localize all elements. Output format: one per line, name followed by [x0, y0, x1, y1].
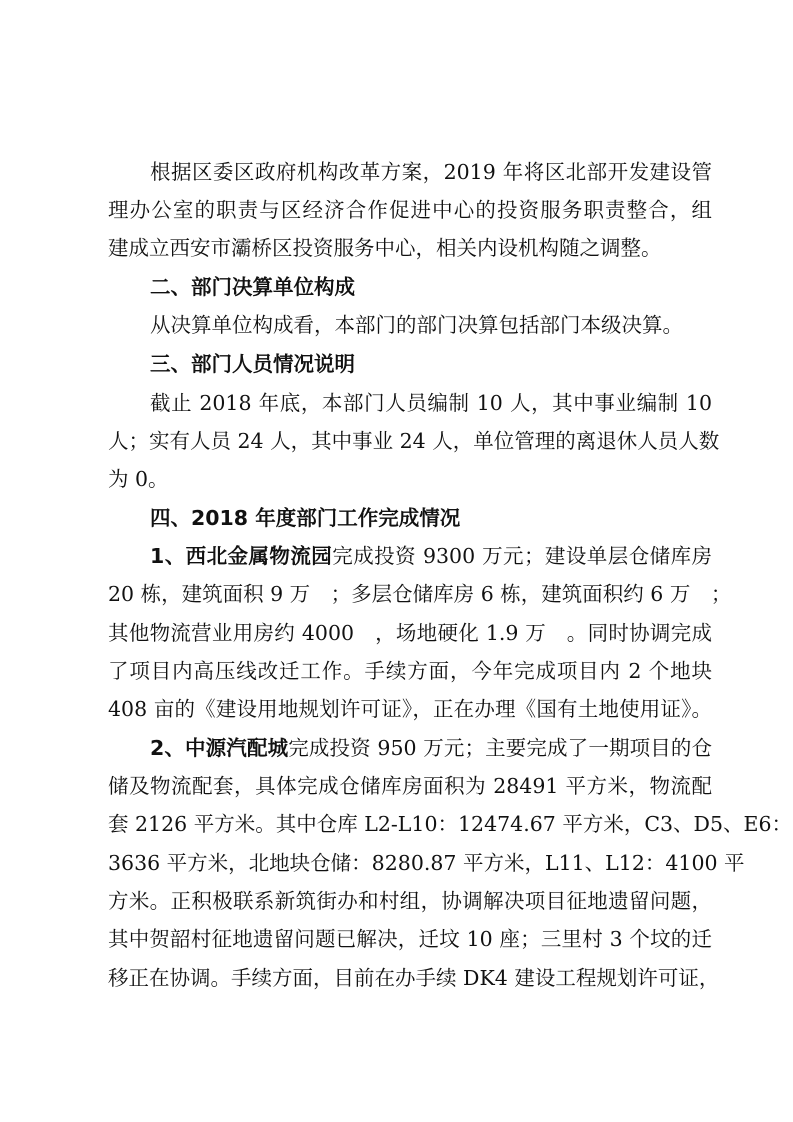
section-heading-work-completion: 四、2018 年度部门工作完成情况: [150, 503, 712, 533]
item-text: 完成投资 950 万元；主要完成了一期项目的仓: [288, 736, 712, 760]
item-label-auto-parts-city: 2、中源汽配城: [150, 736, 288, 760]
body-text-line: 为 0。: [108, 464, 712, 494]
body-text-line: 人；实有人员 24 人，其中事业 24 人，单位管理的离退休人员人数: [108, 426, 712, 456]
body-text-line: 了项目内高压线改迁工作。手续方面，今年完成项目内 2 个地块: [108, 656, 712, 686]
item-label-metal-logistics-park: 1、西北金属物流园: [150, 544, 332, 568]
item-text: 完成投资 9300 万元；建设单层仓储库房: [332, 544, 712, 568]
body-text-line: 截止 2018 年底，本部门人员编制 10 人，其中事业编制 10: [150, 388, 712, 418]
body-text-line: 20 栋，建筑面积 9 万 ；多层仓储库房 6 栋，建筑面积约 6 万 ；: [108, 579, 712, 609]
body-text-line: 其中贺韶村征地遗留问题已解决，迁坟 10 座；三里村 3 个坟的迁: [108, 924, 712, 954]
section-heading-personnel: 三、部门人员情况说明: [150, 349, 712, 379]
body-text-line: 其他物流营业用房约 4000 ，场地硬化 1.9 万 。同时协调完成: [108, 618, 712, 648]
body-text-line: 移正在协调。手续方面，目前在办手续 DK4 建设工程规划许可证，: [108, 963, 712, 993]
body-text-line: 方米。正积极联系新筑街办和村组，协调解决项目征地遗留问题，: [108, 886, 712, 916]
body-text-line: 根据区委区政府机构改革方案，2019 年将区北部开发建设管: [150, 157, 712, 187]
body-text-line: 3636 平方米，北地块仓储：8280.87 平方米，L11、L12：4100 …: [108, 848, 712, 878]
body-text-line: 从决算单位构成看，本部门的部门决算包括部门本级决算。: [150, 310, 712, 340]
body-text-line: 套 2126 平方米。其中仓库 L2-L10：12474.67 平方米，C3、D…: [108, 809, 712, 839]
body-text-line: 建成立西安市灞桥区投资服务中心，相关内设机构随之调整。: [108, 233, 712, 263]
body-text-line: 1、西北金属物流园完成投资 9300 万元；建设单层仓储库房: [150, 541, 712, 571]
section-heading-unit-composition: 二、部门决算单位构成: [150, 272, 712, 302]
document-page: 根据区委区政府机构改革方案，2019 年将区北部开发建设管 理办公室的职责与区经…: [0, 0, 793, 1122]
body-text-line: 2、中源汽配城完成投资 950 万元；主要完成了一期项目的仓: [150, 733, 712, 763]
body-text-line: 理办公室的职责与区经济合作促进中心的投资服务职责整合，组: [108, 195, 712, 225]
body-text-line: 408 亩的《建设用地规划许可证》，正在办理《国有土地使用证》。: [108, 694, 712, 724]
body-text-line: 储及物流配套，具体完成仓储库房面积为 28491 平方米，物流配: [108, 771, 712, 801]
